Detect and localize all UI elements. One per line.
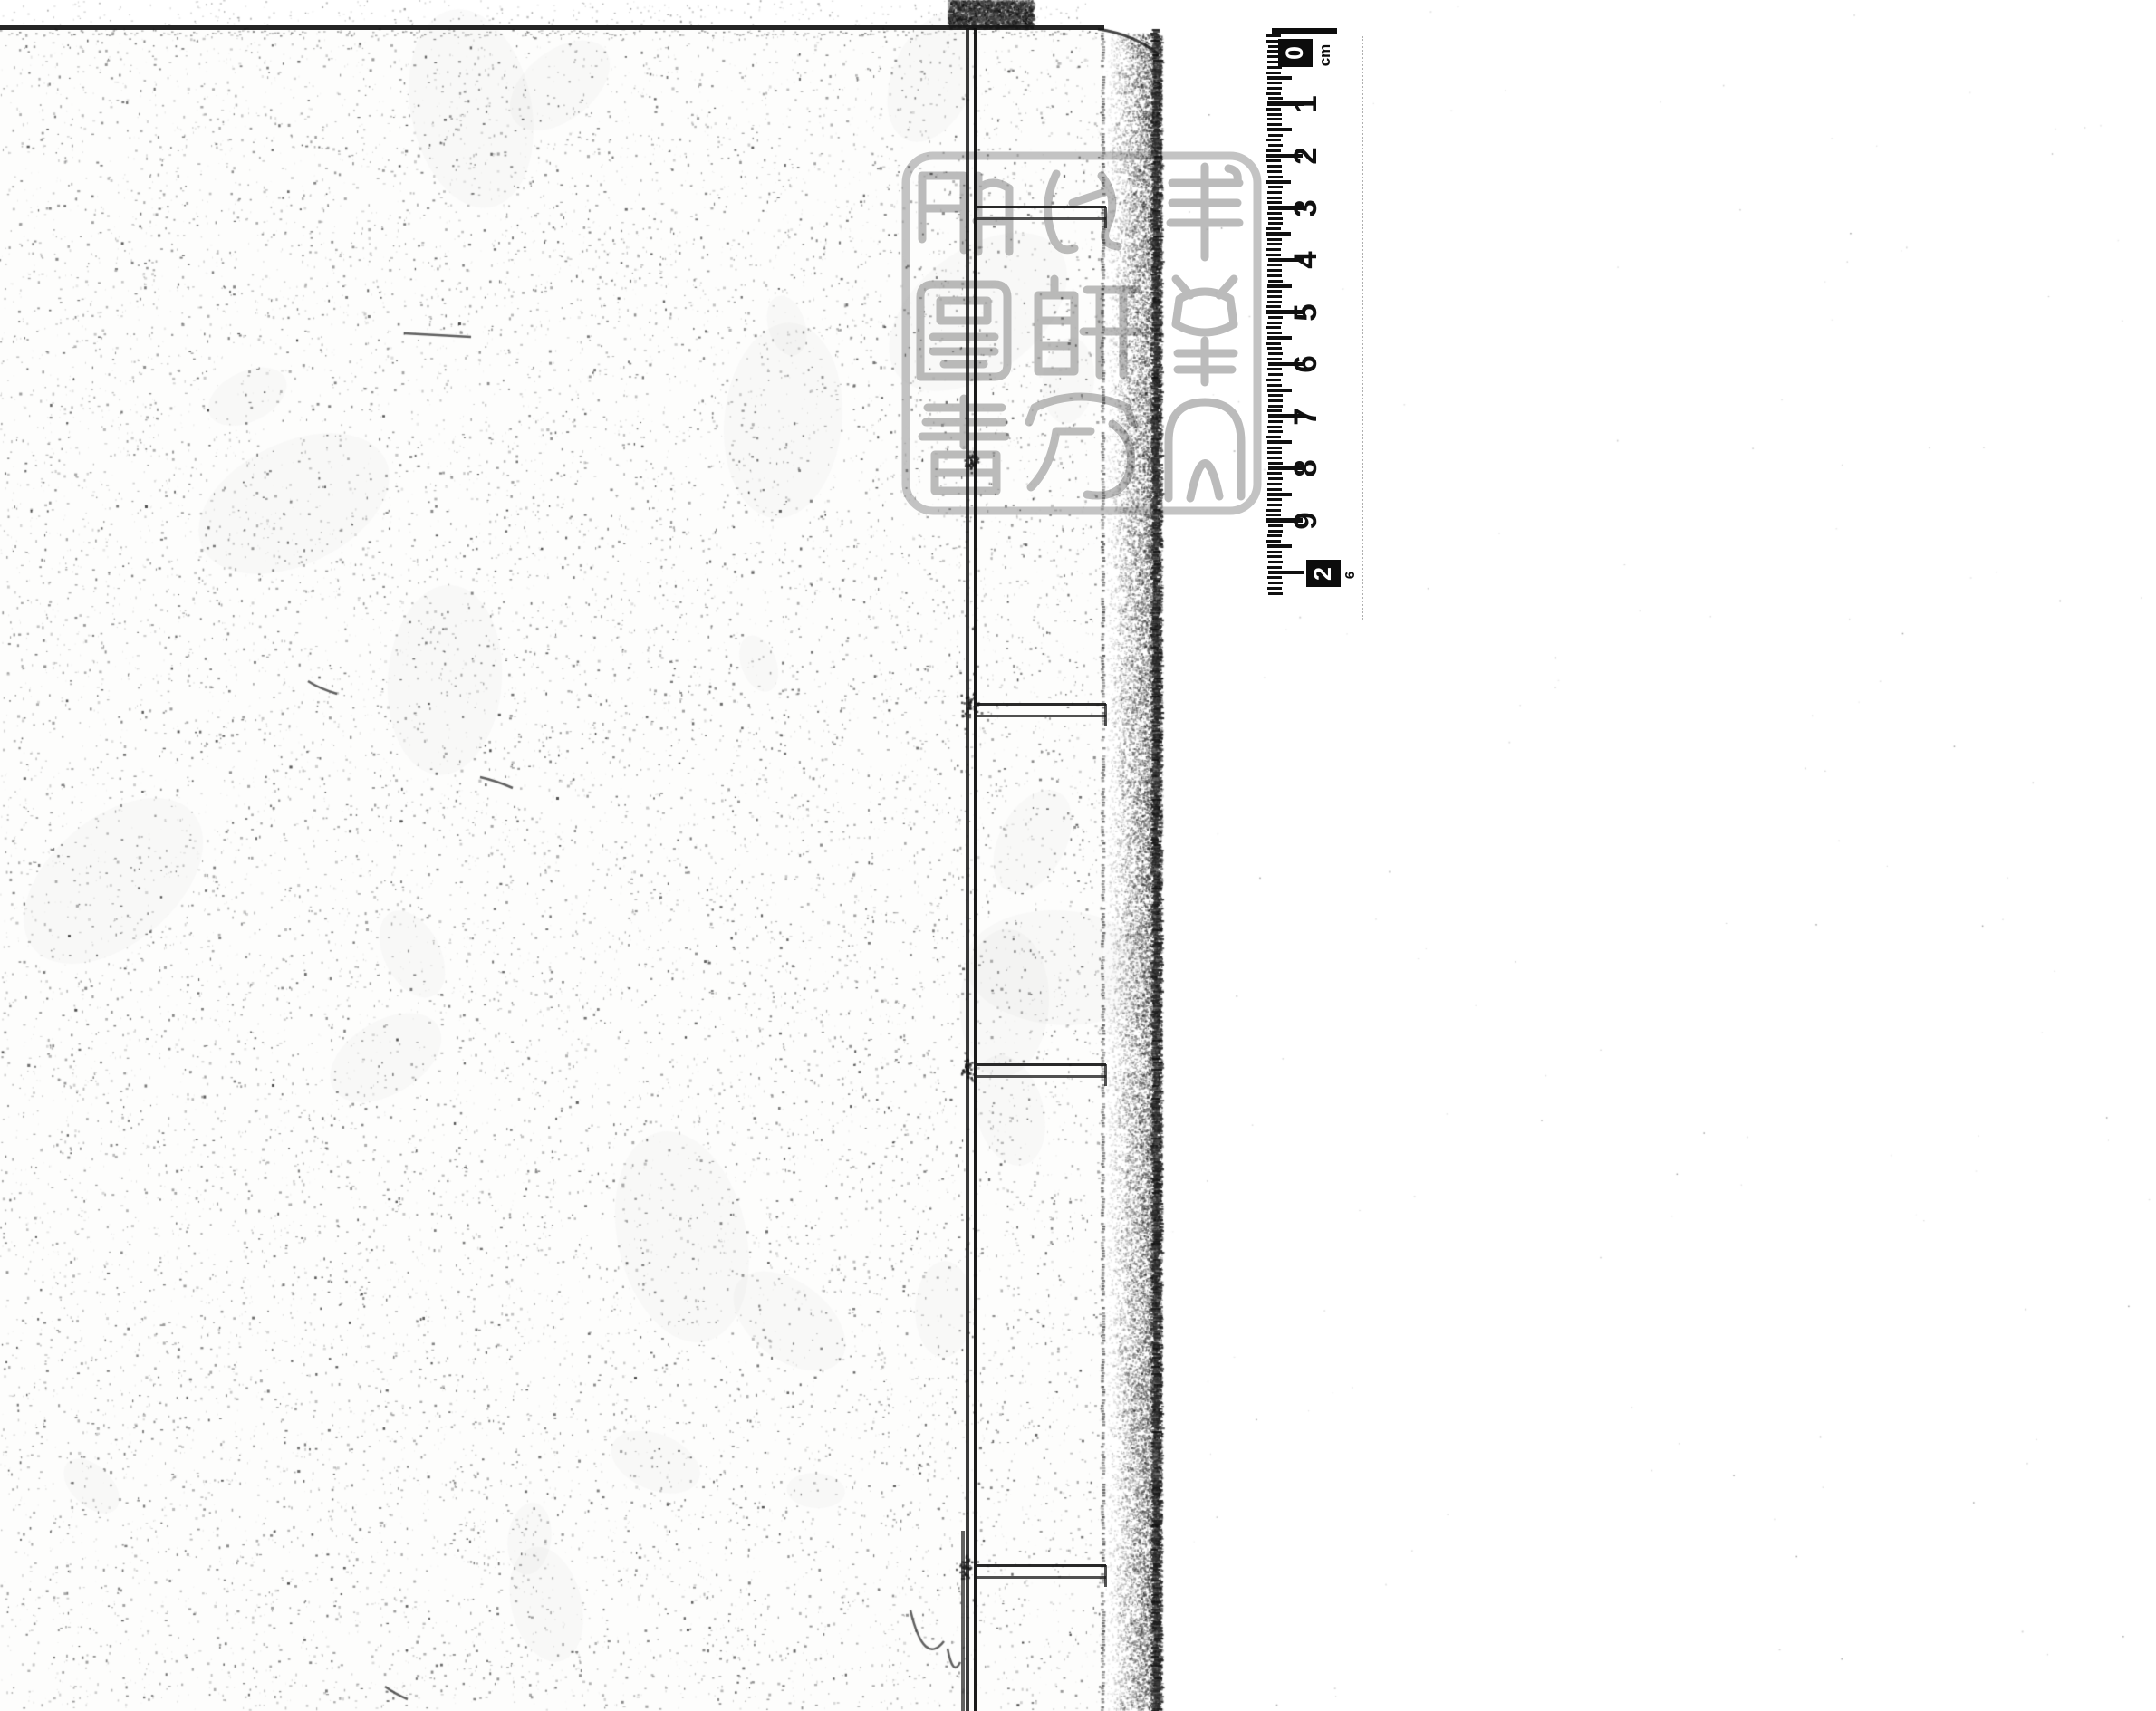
ruler-tick bbox=[1266, 108, 1281, 111]
ruler-cm-number: 4 bbox=[1288, 242, 1324, 278]
ruler-tick bbox=[1267, 274, 1282, 277]
ruler-tick bbox=[1267, 389, 1292, 392]
ruler-tick bbox=[1267, 440, 1292, 444]
ruler-zero-box: 0 bbox=[1278, 39, 1313, 67]
seal-char-tu bbox=[920, 284, 1007, 377]
ruler-tick bbox=[1267, 301, 1282, 303]
ruler-tick bbox=[1267, 534, 1282, 537]
scan-page: 東洋文化研究所圖書 0 cm 2 6 12 bbox=[0, 0, 2156, 1711]
ruler-tick bbox=[1267, 576, 1282, 579]
ruler-tick bbox=[1267, 76, 1292, 80]
ruler-tick bbox=[1266, 159, 1281, 162]
ruler-cm-number: 2 bbox=[1288, 138, 1324, 174]
ruler-cm-number: 3 bbox=[1288, 190, 1324, 226]
seal-char-yan bbox=[1038, 279, 1138, 375]
seal-char-jiu bbox=[1029, 397, 1132, 495]
ruler-end-box: 2 bbox=[1306, 560, 1341, 587]
ruler-end-suffix: 6 bbox=[1341, 565, 1361, 585]
ruler-tick bbox=[1267, 87, 1282, 90]
ruler-edge-dotted-line bbox=[1362, 36, 1363, 620]
ruler-tick bbox=[1266, 139, 1281, 141]
ruler-unit-label: cm bbox=[1310, 40, 1341, 71]
ruler-tick bbox=[1268, 405, 1283, 408]
ruler-tick bbox=[1267, 384, 1282, 387]
ruler-tick bbox=[1267, 472, 1282, 475]
ruler-tick bbox=[1268, 217, 1283, 220]
ruler-tick bbox=[1266, 232, 1291, 236]
ruler-tick bbox=[1266, 509, 1281, 512]
ruler-tick bbox=[1268, 524, 1283, 527]
ruler-tick bbox=[1267, 336, 1292, 340]
ruler-tick bbox=[1267, 264, 1282, 266]
ruler-tick bbox=[1267, 544, 1292, 548]
ruler-tick bbox=[1267, 113, 1282, 116]
ruler-tick bbox=[1267, 409, 1282, 412]
ruler-tick bbox=[1267, 347, 1282, 350]
ruler-tick bbox=[1267, 212, 1282, 215]
ruler-tick bbox=[1267, 368, 1282, 370]
ruler-tick bbox=[1266, 254, 1281, 256]
ruler-tick bbox=[1267, 243, 1282, 245]
ruler-tick bbox=[1267, 82, 1282, 84]
ruler-tick bbox=[1268, 420, 1283, 423]
ruler-tick bbox=[1267, 284, 1292, 288]
ruler-tick bbox=[1268, 97, 1283, 100]
ruler-tick bbox=[1266, 149, 1281, 152]
ruler-tick bbox=[1266, 540, 1281, 543]
ruler-tick bbox=[1268, 462, 1283, 465]
ruler-tick bbox=[1267, 295, 1282, 298]
ruler-tick bbox=[1267, 493, 1292, 496]
ruler-cm-number: 6 bbox=[1288, 346, 1324, 382]
ruler-tick bbox=[1268, 222, 1283, 225]
ruler-tick bbox=[1268, 316, 1283, 319]
ruler-tick bbox=[1267, 197, 1282, 199]
ruler-tick bbox=[1268, 186, 1283, 188]
ruler-tick bbox=[1267, 587, 1282, 590]
ruler-cm-number: 8 bbox=[1288, 450, 1324, 486]
ruler-cm-number: 1 bbox=[1288, 86, 1324, 122]
ruler-tick bbox=[1267, 504, 1282, 506]
ruler-tick bbox=[1268, 571, 1304, 575]
ruler-tick bbox=[1267, 170, 1282, 173]
ruler-tick bbox=[1267, 238, 1282, 241]
ruler-tick bbox=[1268, 280, 1283, 283]
ruler-tick bbox=[1267, 426, 1282, 428]
ruler-tick bbox=[1268, 144, 1283, 147]
ruler-end-bar bbox=[1272, 28, 1337, 34]
ruler-tick bbox=[1267, 118, 1282, 120]
seal-char-wen bbox=[1169, 402, 1241, 498]
ruler-tick bbox=[1267, 332, 1282, 334]
ruler-tick bbox=[1268, 530, 1283, 533]
ruler-tick bbox=[1267, 551, 1282, 553]
ruler-tick bbox=[1267, 358, 1282, 360]
ruler-tick bbox=[1267, 322, 1282, 324]
library-seal: 東洋文化研究所圖書 bbox=[895, 143, 1266, 516]
ruler-tick bbox=[1268, 394, 1283, 397]
ruler-tick bbox=[1266, 248, 1281, 251]
seal-char-dong bbox=[1170, 167, 1239, 257]
ruler-tick bbox=[1266, 92, 1281, 95]
ruler-tick bbox=[1267, 165, 1282, 168]
ruler-tick bbox=[1267, 451, 1282, 454]
ruler-tick bbox=[1267, 269, 1282, 272]
ruler-tick bbox=[1267, 191, 1282, 194]
ruler-zero-label: 0 bbox=[1282, 46, 1310, 60]
ruler-tick bbox=[1268, 582, 1283, 584]
ruler-tick bbox=[1266, 342, 1281, 345]
ruler-cm-number: 9 bbox=[1288, 503, 1324, 539]
measurement-ruler: 0 cm 2 6 123456789 bbox=[1265, 27, 1375, 627]
ruler-tick bbox=[1268, 477, 1283, 480]
ruler-tick bbox=[1268, 134, 1283, 137]
ruler-tick bbox=[1267, 498, 1282, 501]
ruler-tick bbox=[1268, 561, 1283, 563]
ruler-tick bbox=[1266, 180, 1291, 184]
ruler-tick bbox=[1268, 399, 1283, 402]
ruler-tick bbox=[1267, 290, 1282, 293]
ruler-tick bbox=[1267, 488, 1282, 491]
ruler-tick bbox=[1267, 128, 1292, 131]
ruler-tick bbox=[1268, 176, 1283, 178]
ruler-tick bbox=[1266, 379, 1281, 381]
ruler-tick bbox=[1266, 514, 1281, 516]
ruler-tick bbox=[1266, 305, 1281, 308]
ruler-end-label: 2 bbox=[1310, 566, 1338, 580]
ruler-tick bbox=[1266, 227, 1281, 230]
ruler-tick bbox=[1266, 326, 1281, 329]
seal-char-suo bbox=[922, 176, 1009, 252]
ruler-tick bbox=[1267, 483, 1282, 485]
ruler-tick bbox=[1268, 430, 1283, 433]
seal-char-hua bbox=[1047, 174, 1118, 250]
ruler-cm-number: 5 bbox=[1288, 294, 1324, 331]
ruler-tick bbox=[1266, 72, 1281, 74]
ruler-tick bbox=[1268, 373, 1283, 376]
ruler-tick bbox=[1267, 555, 1282, 558]
ruler-cm-number: 7 bbox=[1288, 399, 1324, 435]
ruler-tick bbox=[1268, 352, 1283, 355]
ruler-tick bbox=[1267, 566, 1282, 569]
ruler-tick bbox=[1266, 34, 1281, 37]
ruler-tick bbox=[1268, 592, 1283, 595]
seal-char-shu bbox=[922, 399, 1006, 491]
ruler-tick bbox=[1267, 123, 1282, 126]
ruler-tick bbox=[1267, 447, 1282, 449]
ruler-tick bbox=[1266, 436, 1281, 438]
ruler-tick bbox=[1267, 201, 1282, 204]
ruler-tick bbox=[1267, 457, 1282, 459]
seal-char-yang bbox=[1176, 279, 1234, 382]
